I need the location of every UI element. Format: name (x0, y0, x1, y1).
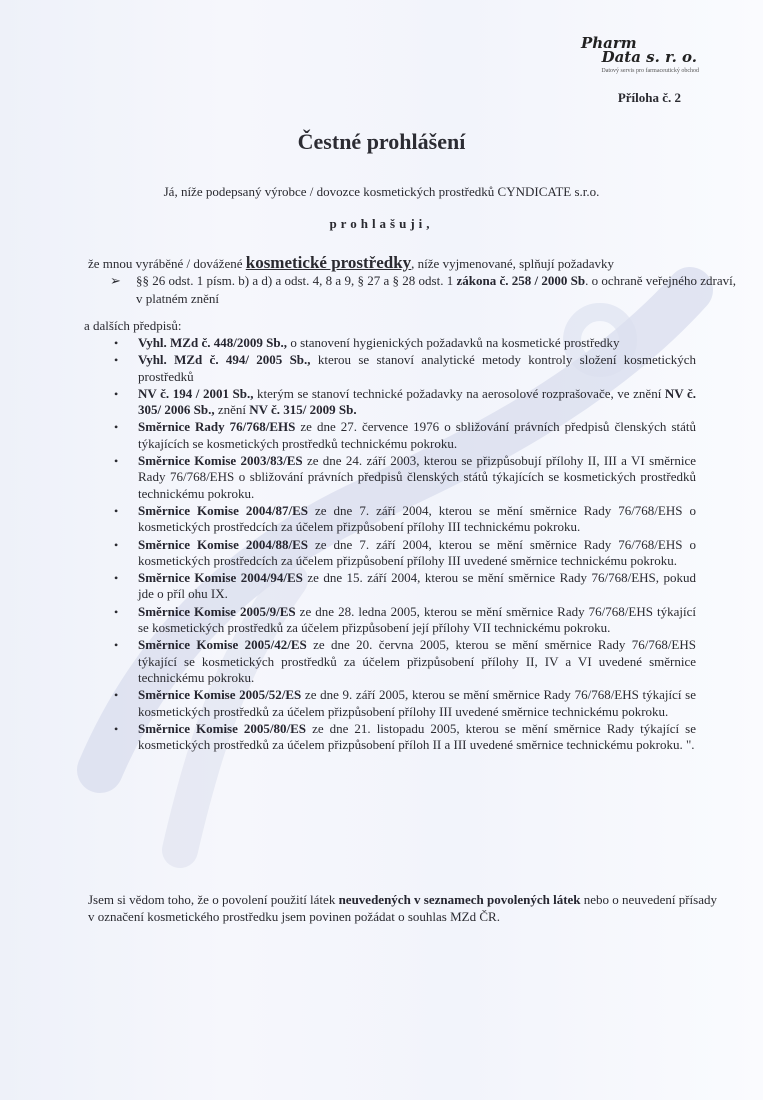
regulation-description: kterým se stanoví technické požadavky na… (253, 386, 664, 401)
bullet-icon: • (114, 687, 118, 703)
regulation-reference: Směrnice Komise 2005/42/ES (138, 637, 307, 652)
regulation-reference: Směrnice Komise 2004/94/ES (138, 570, 303, 585)
regulation-reference: Směrnice Komise 2005/52/ES (138, 687, 301, 702)
bullet-icon: • (114, 570, 118, 586)
law-reference: ➢ §§ 26 odst. 1 písm. b) a d) a odst. 4,… (110, 272, 736, 308)
regulation-reference: NV č. 194 / 2001 Sb., (138, 386, 253, 401)
regulation-item: •Směrnice Komise 2004/87/ES ze dne 7. zá… (112, 503, 696, 536)
regulation-reference: Směrnice Rady 76/768/EHS (138, 419, 295, 434)
regulation-reference: Vyhl. MZd č. 494/ 2005 Sb., (138, 352, 311, 367)
regulation-item: •Vyhl. MZd č. 494/ 2005 Sb., kterou se s… (112, 352, 696, 385)
law-pre: §§ 26 odst. 1 písm. b) a d) a odst. 4, 8… (136, 273, 456, 288)
declaration-word: prohlašuji, (0, 216, 763, 232)
bullet-icon: • (114, 537, 118, 553)
logo-wordmark: Pharm Data s. r. o. (573, 36, 703, 64)
closing-pre: Jsem si vědom toho, že o povolení použit… (88, 892, 339, 907)
regulation-item: •Směrnice Komise 2005/52/ES ze dne 9. zá… (112, 687, 696, 720)
bullet-icon: • (114, 335, 118, 351)
statement-emphasis: kosmetické prostředky (246, 253, 411, 272)
regulation-item: •Směrnice Komise 2004/94/ES ze dne 15. z… (112, 570, 696, 603)
closing-bold: neuvedených v seznamech povolených látek (339, 892, 581, 907)
regulation-description: o stanovení hygienických požadavků na ko… (287, 335, 620, 350)
regulation-item: •Směrnice Komise 2005/80/ES ze dne 21. l… (112, 721, 696, 754)
regulation-reference: Směrnice Komise 2005/80/ES (138, 721, 306, 736)
regulation-reference: Vyhl. MZd č. 448/2009 Sb., (138, 335, 287, 350)
bullet-icon: • (114, 721, 118, 737)
logo-tagline: Datový servis pro farmaceutický obchod (573, 68, 703, 74)
regulation-item: •Směrnice Rady 76/768/EHS ze dne 27. čer… (112, 419, 696, 452)
regulation-item: •Vyhl. MZd č. 448/2009 Sb., o stanovení … (112, 335, 696, 351)
bullet-icon: • (114, 637, 118, 653)
statement-paragraph: že mnou vyráběné / dovážené kosmetické p… (88, 254, 708, 272)
intro-line: Já, níže podepsaný výrobce / dovozce kos… (0, 184, 763, 200)
other-regulations-label: a dalších předpisů: (84, 318, 181, 334)
regulation-item: •Směrnice Komise 2005/9/ES ze dne 28. le… (112, 604, 696, 637)
bullet-icon: • (114, 604, 118, 620)
regulation-description: znění (215, 402, 250, 417)
bullet-icon: • (114, 503, 118, 519)
regulation-item: •Směrnice Komise 2003/83/ES ze dne 24. z… (112, 453, 696, 502)
annex-label: Příloha č. 2 (618, 90, 681, 106)
arrow-bullet-icon: ➢ (110, 272, 121, 290)
bullet-icon: • (114, 386, 118, 402)
bullet-icon: • (114, 419, 118, 435)
document-title: Čestné prohlášení (0, 129, 763, 155)
regulation-reference: Směrnice Komise 2004/87/ES (138, 503, 308, 518)
bullet-icon: • (114, 453, 118, 469)
document-page: Pharm Data s. r. o. Datový servis pro fa… (0, 0, 763, 1100)
regulation-reference: NV č. 315/ 2009 Sb. (249, 402, 356, 417)
regulation-item: •NV č. 194 / 2001 Sb., kterým se stanoví… (112, 386, 696, 419)
logo-line-2: Data s. r. o. (573, 50, 703, 64)
regulation-reference: Směrnice Komise 2003/83/ES (138, 453, 303, 468)
statement-post: , níže vyjmenované, splňují požadavky (411, 256, 614, 271)
regulation-reference: Směrnice Komise 2004/88/ES (138, 537, 308, 552)
regulation-reference: Směrnice Komise 2005/9/ES (138, 604, 296, 619)
regulation-item: •Směrnice Komise 2005/42/ES ze dne 20. č… (112, 637, 696, 686)
statement-pre: že mnou vyráběné / dovážené (88, 256, 246, 271)
company-logo: Pharm Data s. r. o. Datový servis pro fa… (573, 36, 703, 74)
regulations-list: •Vyhl. MZd č. 448/2009 Sb., o stanovení … (112, 335, 696, 754)
regulation-item: •Směrnice Komise 2004/88/ES ze dne 7. zá… (112, 537, 696, 570)
law-bold: zákona č. 258 / 2000 Sb (456, 273, 585, 288)
bullet-icon: • (114, 352, 118, 368)
closing-paragraph: Jsem si vědom toho, že o povolení použit… (88, 891, 718, 925)
